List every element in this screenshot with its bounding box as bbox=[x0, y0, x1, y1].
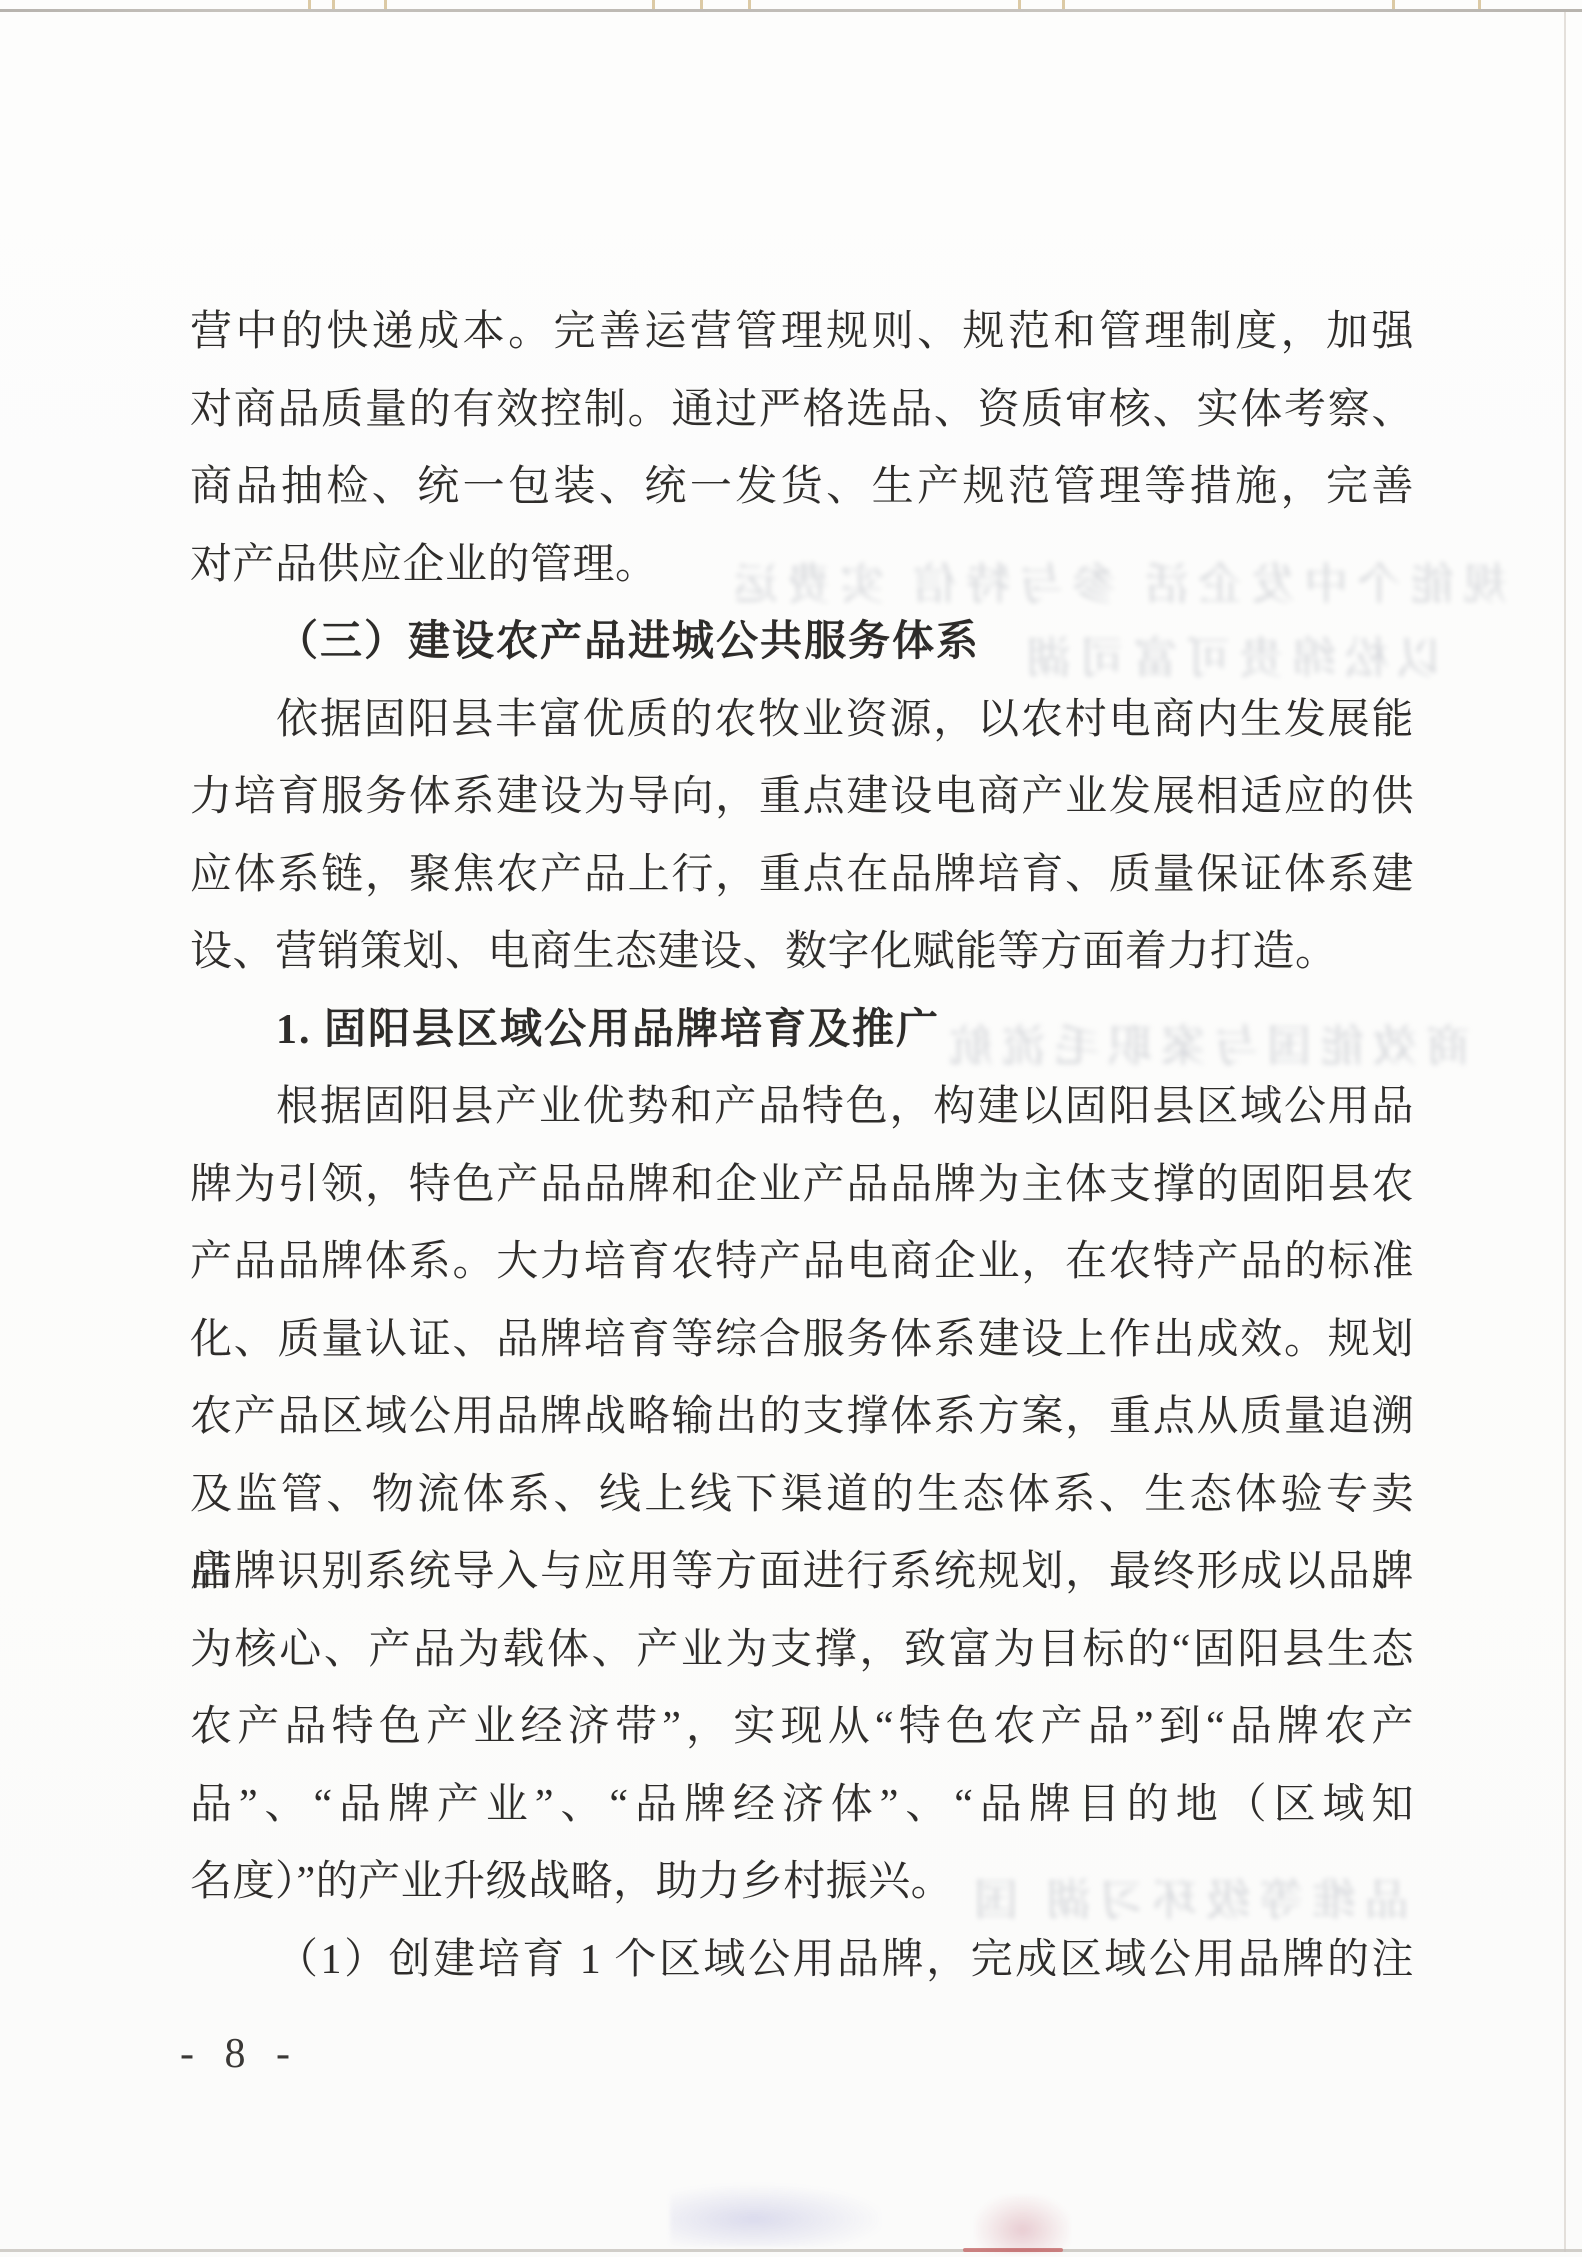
text-line: 对产品供应企业的管理。 bbox=[190, 527, 1414, 605]
scan-tick bbox=[1018, 0, 1021, 9]
scan-tick bbox=[1062, 0, 1065, 9]
text-line: 品牌识别系统导入与应用等方面进行系统规划，最终形成以品牌 bbox=[190, 1534, 1414, 1612]
text-line: 根据固阳县产业优势和产品特色，构建以固阳县区域公用品 bbox=[190, 1069, 1414, 1147]
scan-tick bbox=[652, 0, 655, 9]
text-line: 化、质量认证、品牌培育等综合服务体系建设上作出成效。规划 bbox=[190, 1302, 1414, 1380]
text-line: 名度）”的产业升级战略，助力乡村振兴。 bbox=[190, 1844, 1414, 1922]
text-line: 商品抽检、统一包装、统一发货、生产规范管理等措施，完善 bbox=[190, 449, 1414, 527]
scan-tick bbox=[1478, 0, 1481, 9]
text-line: 对商品质量的有效控制。通过严格选品、资质审核、实体考察、 bbox=[190, 372, 1414, 450]
text-line: 应体系链，聚焦农产品上行，重点在品牌培育、质量保证体系建 bbox=[190, 837, 1414, 915]
text-line: 力培育服务体系建设为导向，重点建设电商产业发展相适应的供 bbox=[190, 759, 1414, 837]
text-line: 农产品区域公用品牌战略输出的支撑体系方案，重点从质量追溯 bbox=[190, 1379, 1414, 1457]
subsection-heading: 1. 固阳县区域公用品牌培育及推广 bbox=[190, 992, 1414, 1070]
scan-tick bbox=[748, 0, 751, 9]
text-line: （1）创建培育 1 个区域公用品牌，完成区域公用品牌的注 bbox=[190, 1922, 1414, 2000]
document-text: 营中的快递成本。完善运营管理规则、规范和管理制度，加强 对商品质量的有效控制。通… bbox=[190, 294, 1414, 1999]
scanned-document-page: 规能个中发企活 参与特信 实费运 以松绵贵可富司湖 商效能国与案职毛流航 品维等… bbox=[0, 0, 1582, 2257]
text-line: 营中的快递成本。完善运营管理规则、规范和管理制度，加强 bbox=[190, 294, 1414, 372]
text-line: 依据固阳县丰富优质的农牧业资源，以农村电商内生发展能 bbox=[190, 682, 1414, 760]
scan-edge-bottom bbox=[0, 2249, 1582, 2252]
text-line: 产品品牌体系。大力培育农特产品电商企业，在农特产品的标准 bbox=[190, 1224, 1414, 1302]
scan-tick bbox=[332, 0, 335, 9]
ink-smudge-blue bbox=[670, 2185, 880, 2247]
scan-tick bbox=[700, 0, 703, 9]
scan-edge-top bbox=[0, 9, 1582, 12]
page-number: - 8 - bbox=[180, 2030, 300, 2078]
scan-tick bbox=[308, 0, 311, 9]
text-line: 为核心、产品为载体、产业为支撑，致富为目标的“固阳县生态 bbox=[190, 1612, 1414, 1690]
text-line: 品”、“品牌产业”、“品牌经济体”、“品牌目的地（区域知 bbox=[190, 1767, 1414, 1845]
text-line: 农产品特色产业经济带”，实现从“特色农产品”到“品牌农产 bbox=[190, 1689, 1414, 1767]
text-line: 牌为引领，特色产品品牌和企业产品品牌为主体支撑的固阳县农 bbox=[190, 1147, 1414, 1225]
scan-tick bbox=[384, 0, 387, 9]
text-line: 设、营销策划、电商生态建设、数字化赋能等方面着力打造。 bbox=[190, 914, 1414, 992]
text-line: 及监管、物流体系、线上线下渠道的生态体系、生态体验专卖店、 bbox=[190, 1457, 1414, 1535]
scan-tick bbox=[1392, 0, 1395, 9]
ink-smudge-red bbox=[975, 2195, 1070, 2253]
section-heading: （三）建设农产品进城公共服务体系 bbox=[190, 604, 1414, 682]
scan-edge-right bbox=[1564, 12, 1566, 2252]
